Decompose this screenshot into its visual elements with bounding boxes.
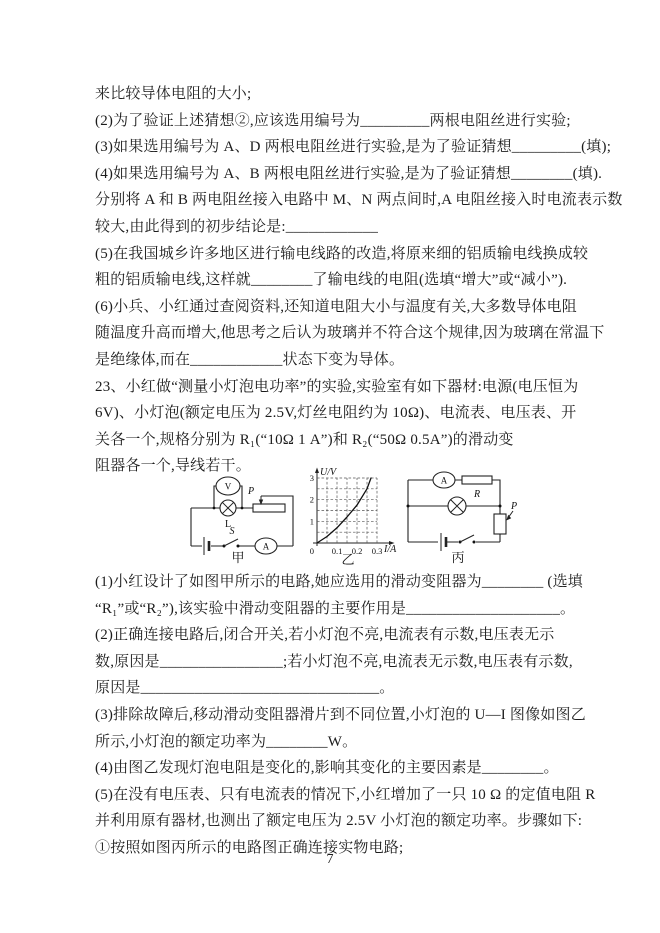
junction-dot [213,507,216,510]
question-text-block-top: 来比较导体电阻的大小; (2)为了验证上述猜想②,应该选用编号为________… [95,81,573,480]
text-line: (3)如果选用编号为 A、D 两根电阻丝进行实验,是为了验证猜想________… [95,134,573,161]
text-line: 分别将 A 和 B 两电阻丝接入电路中 M、N 两点间时,A 电阻丝接入时电流表… [95,187,573,214]
x-tick-label: 0.3 [372,546,383,556]
y-tick-label: 3 [310,473,314,483]
rheostat-icon [253,504,285,512]
junction-dot [407,505,410,508]
switch-blade [224,539,238,546]
figure-caption-yi: 乙 [341,552,354,567]
origin-label: 0 [310,546,314,556]
text-line: 随温度升高而增大,他思考之后认为玻璃并不符合这个规律,因为玻璃在常温下 [95,320,573,347]
y-axis-arrow [315,468,319,474]
exam-page: 来比较导体电阻的大小; (2)为了验证上述猜想②,应该选用编号为________… [0,0,660,933]
text-line: 23、小红做“测量小灯泡电功率”的实验,实验室有如下器材:电源(电压恒为 [95,374,573,401]
switch-terminal [473,541,476,544]
text-line: (4)由图乙发现灯泡电阻是变化的,影响其变化的主要因素是________。 [95,755,573,782]
switch-label: S [230,526,235,537]
text-line: (4)如果选用编号为 A、B 两根电阻丝进行实验,是为了验证猜想________… [95,161,573,188]
text-line: 粗的铝质输电线,这样就________了输电线的电阻(选填“增大”或“减小”). [95,267,573,294]
resistor-icon [462,476,492,484]
text-line: (3)排除故障后,移动滑动变阻器滑片到不同位置,小灯泡的 U—I 图像如图乙 [95,702,573,729]
y-tick-label: 2 [310,495,314,505]
text-line: 来比较导体电阻的大小; [95,81,573,108]
text-line: (2)正确连接电路后,闭合开关,若小灯泡不亮,电流表有示数,电压表无示 [95,622,573,649]
text-line: (5)在我国城乡许多地区进行输电线路的改造,将原来细的铝质输电线换成较 [95,241,573,268]
text-line: 所示,小灯泡的额定功率为________W。 [95,729,573,756]
junction-dot [241,507,244,510]
slider-label: P [510,501,517,512]
ui-graph-yi: U/V I/A 1230.10.20.30 乙 [297,464,401,566]
circuit-diagram-bing: A R P 丙 [400,470,522,564]
rheostat-icon [494,514,506,534]
text-line: 6V)、小灯泡(额定电压为 2.5V,灯丝电阻约为 10Ω)、电流表、电压表、开 [95,400,573,427]
page-number: 7 [0,852,660,868]
x-axis-label: I/A [383,544,397,555]
text-line: 是绝缘体,而在____________状态下变为导体。 [95,347,573,374]
slider-label: P [247,486,254,497]
text-line: 原因是_______________________________。 [95,675,573,702]
text-line: “R₁”或“R₂”),该实验中滑动变阻器的主要作用是______________… [95,596,573,623]
text-line: 较大,由此得到的初步结论是:____________ [95,214,573,241]
text-line: 并利用原有器材,也测出了额定电压为 2.5V 小灯泡的额定功率。步骤如下: [95,808,573,835]
figure-caption-bing: 丙 [451,550,464,565]
switch-terminal [237,545,240,548]
text-line: (6)小兵、小红通过查阅资料,还知道电阻大小与温度有关,大多数导体电阻 [95,294,573,321]
text-line: 关各一个,规格分别为 R₁(“10Ω 1 A”)和 R₂(“50Ω 0.5A”)… [95,427,573,454]
text-line: (2)为了验证上述猜想②,应该选用编号为_________两根电阻丝进行实验; [95,108,573,135]
text-line: (1)小红设计了如图甲所示的电路,她应选用的滑动变阻器为________ (选填 [95,569,573,596]
circuit-diagram-jia: V L P S A 甲 [183,470,301,564]
ammeter-label: A [441,476,448,486]
y-axis-label: U/V [320,467,338,478]
slider-arrowhead [506,515,511,521]
text-line: (5)在没有电压表、只有电流表的情况下,小红增加了一只 10 Ω 的定值电阻 R [95,782,573,809]
ammeter-label: A [263,542,270,552]
text-line: 数,原因是________________;若小灯泡不亮,电流表无示数,电压表有… [95,649,573,676]
switch-blade [460,535,474,542]
plot-area: U/V I/A 1230.10.20.30 [310,467,397,556]
figure-caption-jia: 甲 [231,550,244,565]
voltmeter-label: V [225,482,232,492]
resistor-label: R [473,489,480,500]
question-text-block-bottom: (1)小红设计了如图甲所示的电路,她应选用的滑动变阻器为________ (选填… [95,569,573,862]
y-tick-label: 1 [310,516,314,526]
junction-dot [499,505,502,508]
